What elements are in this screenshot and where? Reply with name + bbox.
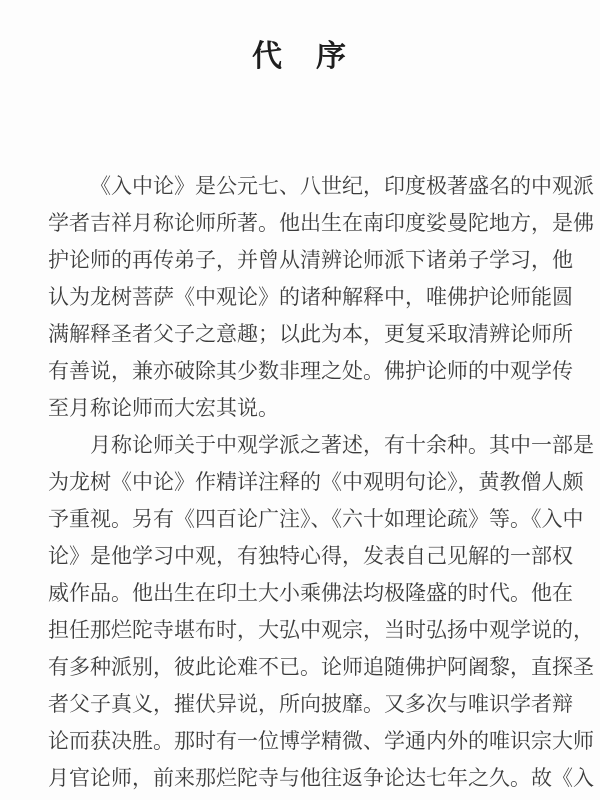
text-line: 者父子真义，摧伏异说，所向披靡。又多次与唯识学者辩 [48, 686, 552, 723]
text-line: 担任那烂陀寺堪布时，大弘中观宗，当时弘扬中观学说的， [48, 612, 552, 649]
text-line: 为龙树《中论》作精详注释的《中观明句论》，黄教僧人颇 [48, 464, 552, 501]
text-line: 认为龙树菩萨《中观论》的诸种解释中，唯佛护论师能圆 [48, 279, 552, 316]
text-line: 论》是他学习中观，有独特心得，发表自己见解的一部权 [48, 538, 552, 575]
text-line: 予重视。另有《四百论广注》、《六十如理论疏》等。《入中 [48, 501, 552, 538]
text-line: 至月称论师而大宏其说。 [48, 390, 552, 427]
page-title: 代 序 [0, 40, 600, 74]
text-line: 论而获决胜。那时有一位博学精微、学通内外的唯识宗大师 [48, 723, 552, 760]
text-line: 有多种派别，彼此论难不已。论师追随佛护阿阇黎，直探圣 [48, 649, 552, 686]
text-line: 《入中论》是公元七、八世纪，印度极著盛名的中观派 [48, 168, 552, 205]
text-line: 满解释圣者父子之意趣；以此为本，更复采取清辨论师所 [48, 316, 552, 353]
book-page: 代 序 《入中论》是公元七、八世纪，印度极著盛名的中观派 学者吉祥月称论师所著。… [0, 0, 600, 800]
preface-body: 《入中论》是公元七、八世纪，印度极著盛名的中观派 学者吉祥月称论师所著。他出生在… [48, 168, 552, 797]
text-line: 有善说，兼亦破除其少数非理之处。佛护论师的中观学传 [48, 353, 552, 390]
text-line: 月官论师，前来那烂陀寺与他往返争论达七年之久。故《入 [48, 760, 552, 797]
text-line: 月称论师关于中观学派之著述，有十余种。其中一部是 [48, 427, 552, 464]
text-line: 威作品。他出生在印土大小乘佛法均极隆盛的时代。他在 [48, 575, 552, 612]
text-line: 学者吉祥月称论师所著。他出生在南印度娑曼陀地方，是佛 [48, 205, 552, 242]
text-line: 护论师的再传弟子，并曾从清辨论师派下诸弟子学习，他 [48, 242, 552, 279]
